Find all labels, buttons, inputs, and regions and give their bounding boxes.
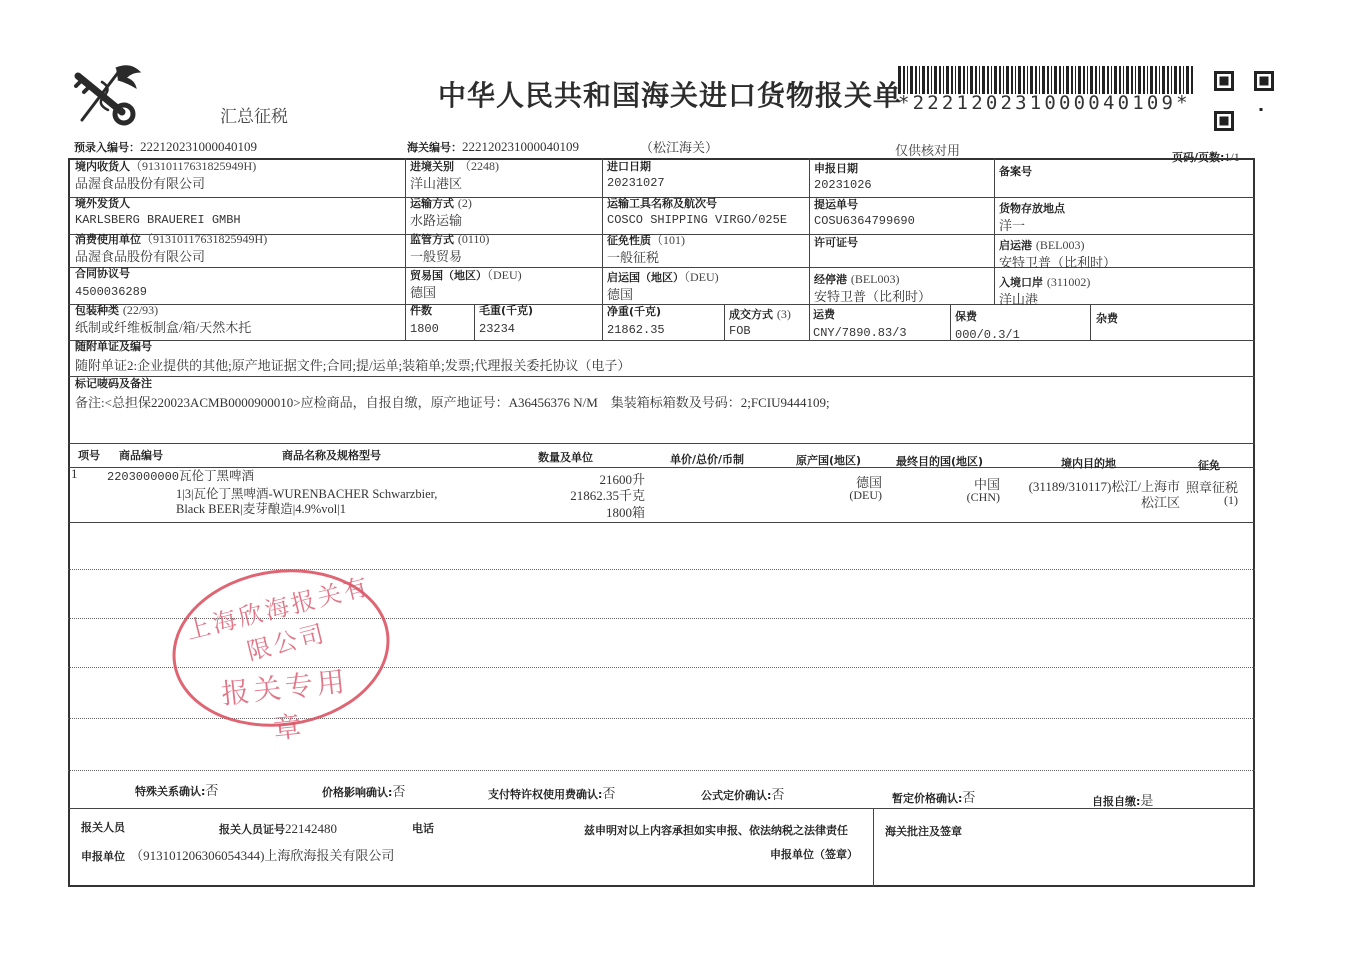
col-header-levy: 征免 (1198, 457, 1220, 473)
deal-mode-code: (3) (777, 307, 791, 321)
declarant-cert-label: 报关人员证号 (219, 823, 285, 836)
trade-country-code: （DEU) (487, 268, 522, 282)
consignee-label: 境内收货人 (75, 160, 130, 173)
license-no-label: 许可证号 (814, 235, 858, 250)
confirm-provisional-price: 暂定价格确认:否 (892, 787, 975, 806)
col-header-origin: 原产国(地区) (796, 452, 861, 468)
declare-date-value: 20231026 (814, 176, 872, 195)
declare-date-field: 申报日期 20231026 (814, 161, 872, 195)
phone-label: 电话 (412, 820, 434, 836)
entry-point-field: 入境口岸 (311002) 洋山港 (999, 275, 1090, 309)
entry-point-label: 入境口岸 (999, 276, 1043, 289)
pieces-value: 1800 (410, 318, 439, 340)
goods-spec-line2: Black BEER|麦芽酿造|4.9%vol|1 (176, 499, 346, 517)
qr-code-icon (1214, 70, 1274, 132)
package-type-value: 纸制或纤维板制盒/箱/天然木托 (75, 318, 251, 337)
storage-field: 货物存放地点 洋一 (999, 201, 1065, 235)
license-no-field: 许可证号 (814, 235, 858, 250)
confirm-formula-pricing: 公式定价确认:否 (701, 784, 784, 803)
col-header-destination: 最终目的国(地区) (896, 453, 983, 469)
transit-port-value: 安特卫普（比利时） (814, 287, 931, 306)
import-date-value: 20231027 (607, 174, 665, 193)
consignee-field: 境内收货人（91310117631825949H) 品渥食品股份有限公司 (75, 159, 256, 193)
declarant-cert-value: 22142480 (285, 821, 337, 836)
departure-port-field: 启运港 (BEL003) 安特卫普（比利时） (999, 238, 1116, 272)
deal-mode-value: FOB (729, 322, 791, 341)
transit-port-code: (BEL003) (851, 272, 900, 286)
bill-no-value: COSU6364799690 (814, 212, 915, 231)
gross-weight-value: 23234 (479, 318, 533, 340)
destination-country-code: (CHN) (940, 490, 1000, 505)
levy-nature-field: 征免性质（101) 一般征税 (607, 233, 685, 267)
transit-port-label: 经停港 (814, 273, 847, 286)
trade-country-label: 贸易国（地区） (410, 269, 487, 282)
package-type-label: 包装种类 (75, 304, 119, 317)
trade-country-field: 贸易国（地区）（DEU) 德国 (410, 268, 522, 302)
customs-number-value: 222120231000040109 (462, 139, 579, 154)
contract-no-field: 合同协议号 4500036289 (75, 266, 147, 303)
declaration-statement: 兹申明对以上内容承担如实申报、依法纳税之法律责任 (584, 822, 848, 838)
import-date-field: 进口日期 20231027 (607, 159, 665, 193)
confirm-special-relation: 特殊关系确认:否 (135, 780, 218, 799)
col-header-price: 单价/总价/币制 (670, 451, 744, 467)
trade-country-value: 德国 (410, 283, 522, 302)
consumer-field: 消费使用单位（91310117631825949H) 品渥食品股份有限公司 (75, 232, 267, 266)
import-date-label: 进口日期 (607, 159, 665, 174)
deal-mode-label: 成交方式 (729, 308, 773, 321)
misc-fee-label: 杂费 (1096, 311, 1118, 326)
bill-no-field: 提运单号 COSU6364799690 (814, 197, 915, 231)
shipper-label: 境外发货人 (75, 196, 241, 211)
col-header-quantity: 数量及单位 (538, 449, 593, 465)
declaring-unit-seal: 申报单位（签章） (770, 846, 858, 862)
customs-office: （松江海关） (640, 137, 718, 156)
seal-purpose: 报关专用章 (208, 658, 366, 753)
supervision-code: (0110) (458, 232, 490, 246)
prerecord-value: 222120231000040109 (140, 139, 257, 154)
bill-no-label: 提运单号 (814, 197, 915, 212)
vessel-field: 运输工具名称及航次号 COSCO SHIPPING VIRGO/025E (607, 196, 787, 230)
col-header-hs-code: 商品编号 (119, 447, 163, 463)
storage-label: 货物存放地点 (999, 201, 1065, 216)
customs-number-label: 海关编号： (407, 141, 462, 154)
net-weight-value: 21862.35 (607, 319, 665, 341)
levy-nature-label: 征免性质 (607, 234, 651, 247)
consumer-label: 消费使用单位 (75, 233, 141, 246)
package-type-code: (22/93) (123, 303, 158, 317)
origin-country-field: 启运国（地区）（DEU) 德国 (607, 270, 719, 304)
documents-label: 随附单证及编号 (75, 339, 630, 354)
documents-value: 随附单证2:企业提供的其他;原产地证据文件;合同;提/运单;装箱单;发票;代理报… (75, 354, 630, 378)
supervision-value: 一般贸易 (410, 247, 489, 266)
summary-tax-label: 汇总征税 (220, 102, 288, 127)
quantity-boxes: 1800箱 (520, 502, 645, 521)
declarant-cert: 报关人员证号22142480 (219, 818, 337, 837)
entry-port-field: 进境关别 （2248) 洋山港区 (410, 159, 499, 193)
col-header-name-spec: 商品名称及规格型号 (282, 447, 381, 463)
freight-label: 运费 (813, 307, 907, 322)
page-title: 中华人民共和国海关进口货物报关单 (438, 74, 902, 114)
levy-nature-value: 一般征税 (607, 248, 685, 267)
record-no-field: 备案号 (999, 164, 1032, 179)
customs-approval: 海关批注及签章 (885, 823, 962, 839)
prerecord-label: 预录入编号： (74, 141, 140, 154)
transport-mode-value: 水路运输 (410, 211, 472, 230)
supervision-label: 监管方式 (410, 233, 454, 246)
departure-port-value: 安特卫普（比利时） (999, 253, 1116, 272)
pieces-label: 件数 (410, 303, 439, 318)
entry-port-label: 进境关别 (410, 160, 454, 173)
consignee-code: （91310117631825949H) (130, 159, 256, 173)
transport-mode-code: (2) (458, 196, 472, 210)
departure-port-code: (BEL003) (1036, 238, 1085, 252)
vessel-value: COSCO SHIPPING VIRGO/025E (607, 211, 787, 230)
misc-fee-field: 杂费 (1096, 311, 1118, 326)
net-weight-label: 净重(千克) (607, 304, 665, 319)
customs-number: 海关编号：222120231000040109 (407, 136, 579, 155)
domestic-destination-district: 松江区 (1000, 492, 1180, 511)
shipper-value: KARLSBERG BRAUEREI GMBH (75, 211, 241, 230)
pieces-field: 件数 1800 (410, 303, 439, 340)
confirm-price-influence: 价格影响确认:否 (322, 781, 405, 800)
entry-port-value: 洋山港区 (410, 174, 499, 193)
net-weight-field: 净重(千克) 21862.35 (607, 304, 665, 341)
origin-country-value: 德国 (607, 285, 719, 304)
confirm-royalty: 支付特许权使用费确认:否 (488, 783, 615, 802)
origin-country-code: (DEU) (820, 488, 882, 503)
company-seal-stamp: 上海欣海报关有限公司 报关专用章 (172, 570, 390, 730)
departure-port-label: 启运港 (999, 239, 1032, 252)
customs-emblem-icon (72, 60, 144, 130)
transport-mode-field: 运输方式 (2) 水路运输 (410, 196, 472, 230)
entry-port-code: （2248) (465, 159, 499, 173)
record-no-label: 备案号 (999, 164, 1032, 179)
freight-value: CNY/7890.83/3 (813, 322, 907, 344)
gross-weight-label: 毛重(千克) (479, 303, 533, 318)
package-type-field: 包装种类 (22/93) 纸制或纤维板制盒/箱/天然木托 (75, 303, 251, 337)
entry-point-code: (311002) (1047, 275, 1091, 289)
freight-field: 运费 CNY/7890.83/3 (813, 307, 907, 344)
entry-point-value: 洋山港 (999, 290, 1090, 309)
declaring-unit-label: 申报单位 (81, 850, 125, 863)
hs-code: 2203000000 (107, 470, 179, 484)
barcode-number: *222120231000040109* (898, 92, 1198, 114)
consumer-code: （91310117631825949H) (141, 232, 267, 246)
contract-no-value: 4500036289 (75, 281, 147, 303)
storage-value: 洋一 (999, 216, 1065, 235)
levy-nature-code: （101) (651, 233, 685, 247)
declare-date-label: 申报日期 (814, 161, 872, 176)
item-no: 1 (71, 466, 78, 482)
origin-country-label: 启运国（地区） (607, 271, 684, 284)
consumer-value: 品渥食品股份有限公司 (75, 247, 267, 266)
remarks-field: 标记唛码及备注 备注:<总担保220023ACMB0000900010>应检商品… (75, 376, 830, 415)
declaring-unit: 申报单位 （913101206306054344)上海欣海报关有限公司 (81, 845, 394, 864)
transport-mode-label: 运输方式 (410, 197, 454, 210)
documents-field: 随附单证及编号 随附单证2:企业提供的其他;原产地证据文件;合同;提/运单;装箱… (75, 339, 630, 378)
declaring-unit-value: （913101206306054344)上海欣海报关有限公司 (130, 848, 394, 863)
shipper-field: 境外发货人 KARLSBERG BRAUEREI GMBH (75, 196, 241, 230)
goods-name: 瓦伦丁黑啤酒 (179, 469, 254, 483)
confirm-self-declare: 自报自缴:是 (1092, 790, 1153, 809)
deal-mode-field: 成交方式 (3) FOB (729, 307, 791, 341)
col-header-domestic-dest: 境内目的地 (1061, 455, 1116, 471)
contract-no-label: 合同协议号 (75, 266, 147, 281)
col-header-item-no: 项号 (78, 447, 100, 463)
remarks-value: 备注:<总担保220023ACMB0000900010>应检商品，自报自缴，原产… (75, 391, 830, 415)
consignee-value: 品渥食品股份有限公司 (75, 174, 256, 193)
supervision-field: 监管方式 (0110) 一般贸易 (410, 232, 489, 266)
vessel-label: 运输工具名称及航次号 (607, 196, 787, 211)
transit-port-field: 经停港 (BEL003) 安特卫普（比利时） (814, 272, 931, 306)
insurance-label: 保费 (955, 309, 1020, 324)
insurance-field: 保费 000/0.3/1 (955, 309, 1020, 346)
remarks-label: 标记唛码及备注 (75, 376, 830, 391)
insurance-value: 000/0.3/1 (955, 324, 1020, 346)
declarant-label: 报关人员 (81, 819, 125, 835)
gross-weight-field: 毛重(千克) 23234 (479, 303, 533, 340)
levy-code: (1) (1180, 493, 1238, 508)
origin-country-code: （DEU) (684, 270, 719, 284)
verify-only-note: 仅供核对用 (895, 140, 960, 159)
prerecord-number: 预录入编号：222120231000040109 (74, 136, 257, 155)
barcode-icon (898, 66, 1194, 94)
